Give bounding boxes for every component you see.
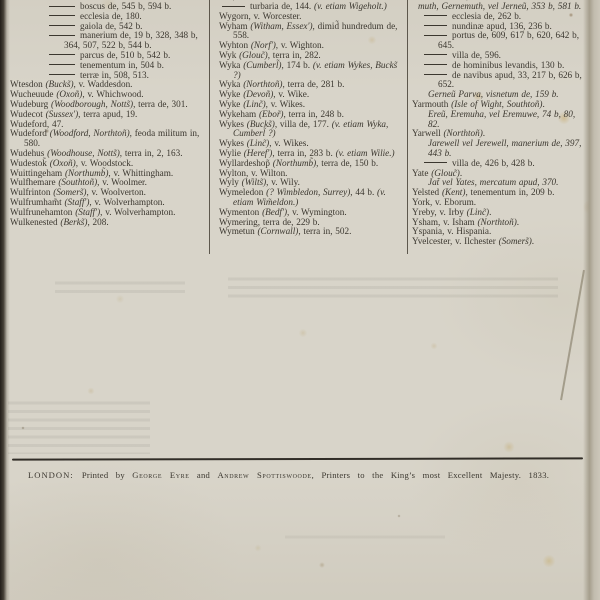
dash-leader bbox=[49, 64, 75, 65]
imprint-segment: 1833. bbox=[529, 470, 550, 480]
scanned-book-page: boscus de, 545 b, 594 b.ecclesia de, 180… bbox=[0, 0, 600, 600]
index-entry: Wymeledon (? Wimbledon, Surrey), 44 b. (… bbox=[219, 188, 403, 208]
index-entry: Wymetun (Cornwall), terra in, 502. bbox=[219, 227, 403, 237]
index-entry: Wyka (Cumberl̃), 174 b. (v. etiam Wykes,… bbox=[219, 61, 403, 81]
page-edge-left bbox=[0, 0, 10, 600]
dash-leader bbox=[424, 64, 447, 65]
index-entry: manerium de, 19 b, 328, 348 b, 364, 507,… bbox=[10, 31, 208, 51]
column-divider bbox=[407, 0, 408, 254]
dash-leader bbox=[49, 6, 75, 7]
index-entry: Wudeford (Woodford, Northtoñ), feoda mil… bbox=[10, 129, 208, 149]
index-entry: Wykes (Bucks̃), villa de, 177. (v. etiam… bbox=[219, 120, 403, 140]
dash-leader bbox=[424, 74, 447, 75]
imprint-line: LONDON: Printed by George Eyre and Andre… bbox=[28, 470, 588, 480]
imprint-segment: Printed by bbox=[82, 470, 132, 480]
dash-leader bbox=[424, 54, 447, 55]
dash-leader bbox=[424, 162, 447, 163]
index-entry: Jarewell vel Jerewell, manerium de, 397,… bbox=[412, 139, 588, 159]
show-through-smudge bbox=[285, 530, 445, 542]
dash-leader bbox=[424, 35, 447, 36]
dash-leader bbox=[222, 6, 245, 7]
dash-leader bbox=[424, 15, 447, 16]
index-entry: portus de, 609, 617 b, 620, 642 b, 645. bbox=[412, 31, 588, 51]
show-through-smudge bbox=[8, 396, 150, 454]
index-entry: Wyham (Witham, Essex'), dimid̃ hundredum… bbox=[219, 22, 403, 42]
show-through-smudge bbox=[55, 276, 185, 298]
index-column-middle: 175, 177 b.turbaria de, 144. (v. etiam W… bbox=[219, 0, 403, 237]
imprint-segment: Andrew Spottiswoode bbox=[217, 470, 311, 480]
imprint-segment: , Printers to the King’s most Excellent … bbox=[312, 470, 529, 480]
dash-leader bbox=[49, 25, 75, 26]
index-entry: de navibus apud, 33, 217 b, 626 b, 652. bbox=[412, 71, 588, 91]
dash-leader bbox=[49, 35, 75, 36]
imprint-segment: and bbox=[190, 470, 218, 480]
dash-leader bbox=[49, 15, 75, 16]
imprint-segment: LONDON: bbox=[28, 470, 82, 480]
imprint-segment: George Eyre bbox=[132, 470, 189, 480]
index-column-right: Gernemue, Gerne-muth, Gernemuth, vel Jer… bbox=[412, 0, 588, 247]
index-entry: Ereũ, Eremuha, vel Eremuwe, 74 b, 80, 82… bbox=[412, 110, 588, 130]
page-edge-right bbox=[583, 0, 600, 600]
index-entry: Wulkenested (Berks̃), 208. bbox=[10, 218, 208, 228]
footer-rule bbox=[12, 457, 583, 460]
dash-leader bbox=[49, 54, 75, 55]
index-column-left: boscus de, 545 b, 594 b.ecclesia de, 180… bbox=[10, 0, 208, 227]
dash-leader bbox=[424, 25, 447, 26]
column-divider bbox=[209, 0, 210, 254]
dash-leader bbox=[49, 74, 75, 75]
show-through-smudge bbox=[228, 272, 558, 300]
index-entry: Yvelcester, v. Ilchester (Somers̃). bbox=[412, 237, 588, 247]
paper-crease bbox=[560, 270, 584, 400]
